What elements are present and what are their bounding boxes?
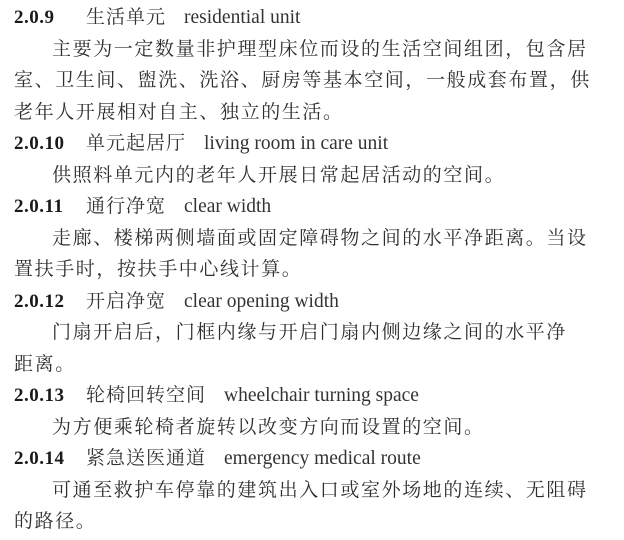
definition-line: 可通至救护车停靠的建筑出入口或室外场地的连续、无阻碍: [0, 475, 624, 507]
definition-line: 门扇开启后，门框内缘与开启门扇内侧边缘之间的水平净: [0, 317, 624, 349]
term-entry-2-0-10: 2.0.10单元起居厅living room in care unit 供照料单…: [0, 128, 624, 191]
term-chinese: 开启净宽: [86, 290, 166, 312]
clause-number: 2.0.9: [14, 2, 86, 34]
term-entry-2-0-9: 2.0.9生活单元residential unit 主要为一定数量非护理型床位而…: [0, 2, 624, 128]
definition-line: 的路径。: [0, 506, 624, 538]
term-entry-2-0-13: 2.0.13轮椅回转空间wheelchair turning space 为方便…: [0, 380, 624, 443]
term-heading: 2.0.14紧急送医通道emergency medical route: [0, 443, 624, 475]
term-heading: 2.0.10单元起居厅living room in care unit: [0, 128, 624, 160]
definition-line: 置扶手时，按扶手中心线计算。: [0, 254, 624, 286]
term-english: clear opening width: [184, 291, 339, 312]
term-english: living room in care unit: [204, 133, 388, 154]
definition-line: 主要为一定数量非护理型床位而设的生活空间组团，包含居: [0, 34, 624, 66]
term-english: wheelchair turning space: [224, 385, 419, 406]
document-page: 2.0.9生活单元residential unit 主要为一定数量非护理型床位而…: [0, 0, 624, 540]
term-chinese: 通行净宽: [86, 195, 166, 217]
clause-number: 2.0.14: [14, 443, 86, 475]
term-entry-2-0-12: 2.0.12开启净宽clear opening width 门扇开启后，门框内缘…: [0, 286, 624, 381]
definition-line: 供照料单元内的老年人开展日常起居活动的空间。: [0, 160, 624, 192]
term-heading: 2.0.9生活单元residential unit: [0, 2, 624, 34]
definition-line: 老年人开展相对自主、独立的生活。: [0, 97, 624, 129]
definition-line: 室、卫生间、盥洗、洗浴、厨房等基本空间，一般成套布置，供: [0, 65, 624, 97]
term-english: clear width: [184, 196, 271, 217]
definition-line: 为方便乘轮椅者旋转以改变方向而设置的空间。: [0, 412, 624, 444]
term-english: residential unit: [184, 7, 300, 28]
term-chinese: 生活单元: [86, 6, 166, 28]
clause-number: 2.0.11: [14, 191, 86, 223]
term-heading: 2.0.12开启净宽clear opening width: [0, 286, 624, 318]
term-english: emergency medical route: [224, 448, 421, 469]
term-entry-2-0-14: 2.0.14紧急送医通道emergency medical route 可通至救…: [0, 443, 624, 538]
definition-line: 距离。: [0, 349, 624, 381]
clause-number: 2.0.13: [14, 380, 86, 412]
clause-number: 2.0.12: [14, 286, 86, 318]
clause-number: 2.0.10: [14, 128, 86, 160]
definition-line: 走廊、楼梯两侧墙面或固定障碍物之间的水平净距离。当设: [0, 223, 624, 255]
term-heading: 2.0.13轮椅回转空间wheelchair turning space: [0, 380, 624, 412]
term-chinese: 紧急送医通道: [86, 447, 206, 469]
term-heading: 2.0.11通行净宽clear width: [0, 191, 624, 223]
term-chinese: 单元起居厅: [86, 132, 186, 154]
term-entry-2-0-11: 2.0.11通行净宽clear width 走廊、楼梯两侧墙面或固定障碍物之间的…: [0, 191, 624, 286]
term-chinese: 轮椅回转空间: [86, 384, 206, 406]
